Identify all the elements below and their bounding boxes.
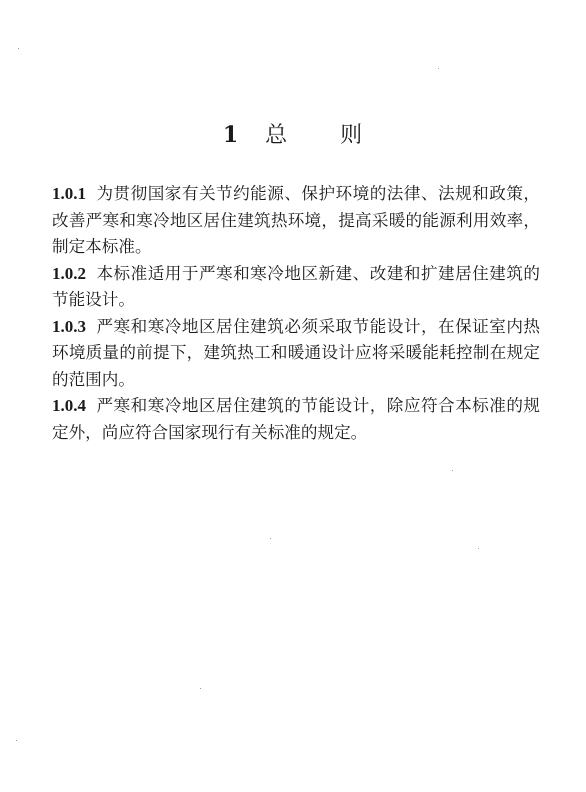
clause-number: 1.0.3 [52,317,86,336]
scan-speck [270,538,271,539]
scan-speck [438,68,439,69]
clause-text: 本标准适用于严寒和寒冷地区新建、改建和扩建居住建筑的节能设计。 [52,264,540,310]
clause-number: 1.0.2 [52,264,86,283]
clause-1-0-4: 1.0.4严寒和寒冷地区居住建筑的节能设计，除应符合本标准的规定外，尚应符合国家… [52,393,540,446]
clause-number: 1.0.1 [52,184,86,203]
scan-speck [16,740,17,741]
clause-number: 1.0.4 [52,396,86,415]
chapter-heading: 1总则 [0,118,586,149]
chapter-title-char-2: 则 [340,123,363,148]
scan-speck [200,688,201,689]
document-page: 1总则 1.0.1为贯彻国家有关节约能源、保护环境的法律、法规和政策，改善严寒和… [0,0,586,792]
clause-1-0-3: 1.0.3严寒和寒冷地区居住建筑必须采取节能设计，在保证室内热环境质量的前提下，… [52,314,540,394]
clause-text: 严寒和寒冷地区居住建筑的节能设计，除应符合本标准的规定外，尚应符合国家现行有关标… [52,396,540,442]
scan-speck [18,48,19,49]
clause-1-0-2: 1.0.2本标准适用于严寒和寒冷地区新建、改建和扩建居住建筑的节能设计。 [52,261,540,314]
scan-speck [478,548,479,549]
clause-1-0-1: 1.0.1为贯彻国家有关节约能源、保护环境的法律、法规和政策，改善严寒和寒冷地区… [52,181,540,261]
chapter-number: 1 [223,122,239,148]
chapter-title-char-1: 总 [265,123,288,148]
chapter-body: 1.0.1为贯彻国家有关节约能源、保护环境的法律、法规和政策，改善严寒和寒冷地区… [52,181,540,446]
clause-text: 为贯彻国家有关节约能源、保护环境的法律、法规和政策，改善严寒和寒冷地区居住建筑热… [52,184,540,256]
clause-text: 严寒和寒冷地区居住建筑必须采取节能设计，在保证室内热环境质量的前提下，建筑热工和… [52,317,540,389]
scan-speck [452,470,453,471]
